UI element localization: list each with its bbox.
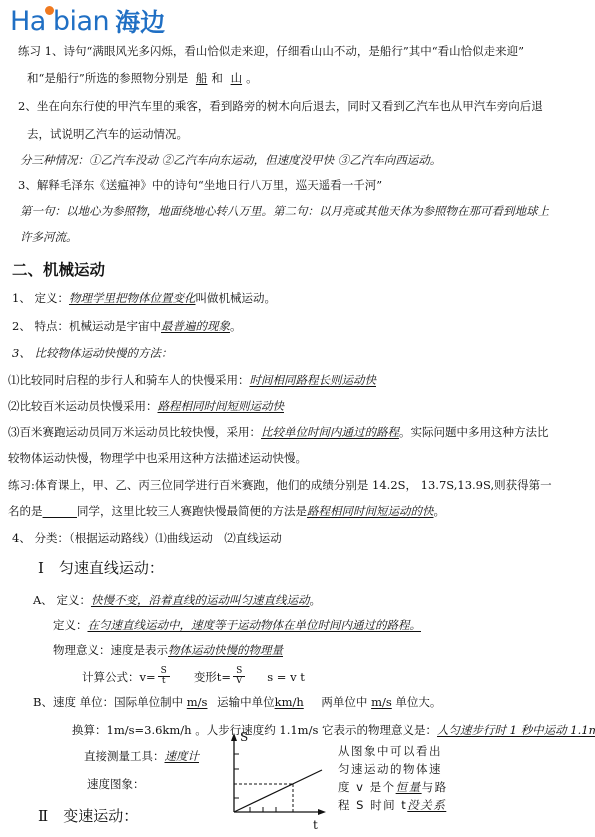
feature-underlined: 最普遍的现象 [161, 319, 230, 333]
exercise-2-line-1: 2、坐在向东行使的甲汽车里的乘客，看到路旁的树木向后退去，同时又看到乙汽车也从甲… [18, 98, 543, 114]
graph-note-line-1: 从图象中可以看出 [338, 742, 448, 760]
section-title-mechanical-motion: 二、机械运动 [12, 258, 105, 280]
units-label: B、速度 单位：国际单位制中 [33, 695, 183, 709]
method-2: ⑵比较百米运动员快慢采用：路程相同时间短则运动快 [8, 398, 284, 414]
definition-line: 1、 定义：物理学里把物体位置变化叫做机械运动。 [12, 290, 276, 306]
method-1-text: ⑴比较同时启程的步行人和骑车人的快慢采用： [8, 373, 250, 387]
graph-note-3-pre: 度 v 是个 [338, 780, 396, 794]
graph-note-constant: 恒量 [396, 780, 422, 794]
exercise-1-line-1: 练习 1、诗句“满眼风光多闪烁，看山恰似走来迎，仔细看山山不动，是船行”其中“看… [18, 43, 524, 59]
exercise-1-line-2: 和“是船行”所选的参照物分别是 船和 山。 [27, 70, 258, 86]
graph-note: 从图象中可以看出 匀速运动的物体速 度 v 是个恒量与路 程 S 时间 t没关系 [338, 742, 448, 814]
practice-end: 。 [434, 504, 446, 518]
measuring-tool-answer: 速度计 [165, 749, 200, 763]
definition-underlined: 物理学里把物体位置变化 [69, 291, 196, 305]
speed-definition: 定义：在匀速直线运动中，速度等于运动物体在单位时间内通过的路程。 [53, 617, 421, 633]
physical-meaning-label: 物理意义：速度是表示 [53, 643, 168, 657]
variant-label: 变形t= [194, 669, 231, 685]
logo-text-cn: 海边 [115, 3, 165, 39]
method-2-answer: 路程相同时间短则运动快 [158, 399, 285, 413]
exercise-1-text: 和“是船行”所选的参照物分别是 [27, 71, 188, 85]
formula-denominator: t [162, 677, 166, 686]
method-1-answer: 时间相同路程长则运动快 [250, 373, 377, 387]
uniform-def-a-label: A、 定义： [33, 593, 91, 607]
feature-end: 。 [230, 319, 242, 333]
feature-line: 2、 特点：机械运动是宇宙中最普遍的现象。 [12, 318, 241, 334]
practice-answer: 路程相同时间短运动的快 [307, 504, 434, 518]
speed-units-line: B、速度 单位：国际单位制中 m/s 运输中单位km/h 两单位中 m/s 单位… [33, 694, 441, 710]
graph-axis-y-label: S [240, 730, 248, 744]
unit-transport: km/h [275, 695, 304, 709]
practice-text-2: 同学，这里比较三人赛跑快慢最简便的方法是 [77, 504, 307, 518]
physical-meaning-answer: 物体运动快慢的物理量 [168, 643, 283, 657]
method-3-text: ⑶百米赛跑运动员同万米运动员比较快慢，采用： [8, 425, 261, 439]
logo-text-ha: Ha [10, 6, 46, 37]
graph-axis-x-label: t [313, 818, 318, 832]
units-transport-label: 运输中单位 [217, 695, 275, 709]
speed-graph-label: 速度图象： [87, 776, 145, 792]
definition-label: 1、 定义： [12, 291, 69, 305]
units-compare-label: 两单位中 [321, 695, 367, 709]
graph-note-3-post: 与路 [422, 780, 448, 794]
exercise-3-line-1: 3、解释毛泽东《送瘟神》中的诗句“坐地日行八万里，巡天遥看一千河” [18, 177, 382, 193]
unit-larger: m/s [371, 695, 392, 709]
measuring-tool-label: 直接测量工具： [84, 749, 165, 763]
graph-note-line-2: 匀速运动的物体速 [338, 760, 448, 778]
exercise-1-answer-1: 船 [192, 71, 212, 85]
formula-fraction: St [158, 667, 170, 686]
unit-si: m/s [187, 695, 214, 709]
exercise-2-line-2: 去，试说明乙汽车的运动情况。 [27, 126, 188, 142]
practice-blank [43, 504, 78, 518]
formula-line: 计算公式：v= St 变形t= SV s = v t [82, 667, 305, 686]
variable-motion-title: Ⅱ 变速运动： [38, 805, 138, 826]
method-3: ⑶百米赛跑运动员同万米运动员比较快慢，采用：比较单位时间内通过的路程。实际问题中… [8, 424, 549, 440]
exercise-1-and: 和 [211, 71, 223, 85]
graph-note-unrelated: 没关系 [407, 798, 446, 812]
exercise-3-answer-1: 第一句：以地心为参照物，地面绕地心转八万里。第二句：以月亮或其他天体为参照物在那… [20, 203, 549, 219]
speed-def-answer: 在匀速直线运动中，速度等于运动物体在单位时间内通过的路程。 [88, 618, 422, 632]
exercise-1-answer-2: 山 [227, 71, 247, 85]
practice-line-1: 练习:体育课上，甲、乙、丙三位同学进行百米赛跑，他们的成绩分别是 14.2S， … [8, 477, 552, 493]
distance-time-graph [226, 732, 336, 837]
method-2-text: ⑵比较百米运动员快慢采用： [8, 399, 158, 413]
practice-line-2: 名的是 同学，这里比较三人赛跑快慢最简便的方法是路程相同时间短运动的快。 [8, 503, 445, 519]
exercise-2-answer: 分三种情况：①乙汽车没动 ②乙汽车向东运动，但速度没甲快 ③乙汽车向西运动。 [20, 152, 441, 168]
physical-meaning: 物理意义：速度是表示物体运动快慢的物理量 [53, 642, 283, 658]
definition-rest: 叫做机械运动。 [195, 291, 276, 305]
exercise-3-answer-2: 许多河流。 [20, 229, 78, 245]
graph-note-line-3: 度 v 是个恒量与路 [338, 778, 448, 796]
feature-label: 2、 特点：机械运动是宇宙中 [12, 319, 161, 333]
classification-line: 4、 分类：（根据运动路线）⑴曲线运动 ⑵直线运动 [12, 530, 282, 546]
logo-play-dot-icon [45, 6, 54, 15]
formula-label: 计算公式：v= [82, 669, 156, 685]
logo-text-bian: bian [53, 6, 109, 37]
method-3-line-2: 较物体运动快慢，物理学中也采用这种方法描述运动快慢。 [8, 450, 307, 466]
uniform-def-a-end: 。 [309, 593, 321, 607]
compare-methods-heading: 3、 比较物体运动快慢的方法： [12, 345, 172, 361]
units-end: 单位大。 [395, 695, 441, 709]
exercise-1-end: 。 [246, 71, 258, 85]
haibian-logo: Ha bian 海边 [10, 4, 165, 38]
method-3-answer: 比较单位时间内通过的路程 [261, 425, 399, 439]
measuring-tool-line: 直接测量工具：速度计 [84, 748, 199, 764]
conversion-answer: 人匀速步行时 1 秒中运动 1.1m [437, 723, 595, 737]
method-1: ⑴比较同时启程的步行人和骑车人的快慢采用：时间相同路程长则运动快 [8, 372, 376, 388]
variant-formula-2: s = v t [267, 669, 305, 685]
method-3-rest: 。实际问题中多用这种方法比 [399, 425, 549, 439]
uniform-motion-title: Ⅰ 匀速直线运动： [38, 557, 164, 578]
uniform-def-a-answer: 快慢不变，沿着直线的运动叫匀速直线运动 [91, 593, 310, 607]
uniform-definition-a: A、 定义：快慢不变，沿着直线的运动叫匀速直线运动。 [33, 592, 321, 608]
graph-note-line-4: 程 S 时间 t没关系 [338, 796, 448, 814]
variant-denominator: V [236, 677, 243, 686]
variant-fraction: SV [233, 667, 245, 686]
practice-text-1: 名的是 [8, 504, 43, 518]
speed-def-label: 定义： [53, 618, 88, 632]
graph-note-4-pre: 程 S 时间 t [338, 798, 407, 812]
